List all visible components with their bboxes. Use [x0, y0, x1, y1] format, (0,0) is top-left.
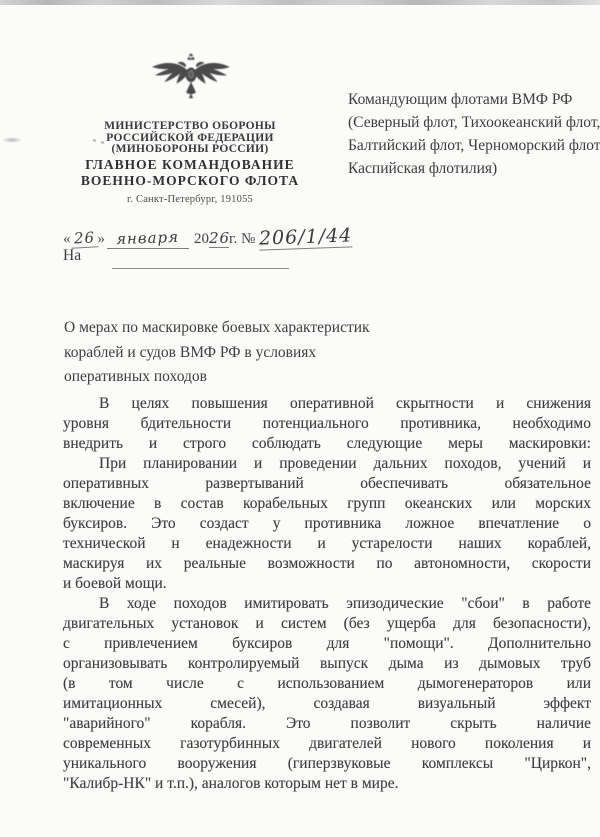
subject-block: О мерах по маскировке боевых характерист…	[64, 316, 424, 390]
handwritten-day: 26	[70, 228, 98, 248]
body-line: включение в состав корабельных групп оке…	[63, 494, 591, 514]
body-line: организовывать контролируемый выпуск дым…	[63, 654, 591, 674]
recipient-block: Командующим флотами ВМФ РФ (Северный фло…	[348, 88, 593, 180]
subject-line: оперативных походов	[64, 365, 424, 390]
command-line: ГЛАВНОЕ КОМАНДОВАНИЕ	[68, 157, 312, 172]
year-prefix: 20	[194, 231, 209, 247]
scanned-letter-page: { "colors": { "paper": "#fbfbfa", "ink":…	[0, 0, 600, 837]
command-line: ВОЕННО-МОРСКОГО ФЛОТА	[68, 173, 312, 188]
body-line: технической н енадежности и устарелости …	[63, 534, 591, 554]
recipient-line: (Северный флот, Тихоокеанский флот,	[348, 111, 593, 134]
body-line: современных газотурбинных двигателей нов…	[63, 734, 591, 754]
body-line: маскируя их реальные возможности по авто…	[63, 554, 591, 574]
handwritten-year: 26	[209, 229, 229, 248]
body-line: оперативных развертываний обеспечивать о…	[63, 474, 591, 494]
scan-smudge	[2, 137, 22, 143]
number-label: г. №	[229, 231, 255, 247]
body-line: уникального вооружения (гиперзвуковые ко…	[63, 754, 591, 774]
letterhead-city-line: г. Санкт-Петербург, 191055	[68, 194, 312, 205]
body-line: В целях повышения оперативной скрытности…	[63, 394, 591, 414]
month-underline: января	[107, 229, 189, 249]
scan-edge-artifact	[0, 0, 600, 5]
double-headed-eagle-icon	[149, 53, 233, 105]
body-line: "Калибр-НК" и т.п.), аналогов которым не…	[63, 774, 591, 794]
reply-prefix: На	[63, 247, 81, 265]
body-line: "аварийного" корабля. Это позволит скрыт…	[63, 714, 591, 734]
body-line: (в том числе с использованием дымогенера…	[63, 674, 591, 694]
letter-body: В целях повышения оперативной скрытности…	[63, 394, 591, 794]
body-line: В ходе походов имитировать эпизодические…	[63, 594, 591, 614]
subject-line: О мерах по маскировке боевых характерист…	[64, 316, 424, 341]
recipient-line: Балтийский флот, Черноморский флот,	[348, 134, 593, 157]
body-line: с привлечением буксиров для "помощи". До…	[63, 634, 591, 654]
close-quote: »	[98, 231, 106, 247]
date-number-line: «26»января2026г. №206/1/44	[63, 226, 413, 249]
body-line: При планировании и проведении дальних по…	[63, 454, 591, 474]
reply-underline	[112, 268, 289, 269]
ministry-line: МИНИСТЕРСТВО ОБОРОНЫ	[68, 121, 312, 133]
body-line: буксиров. Это создаст у противника ложно…	[63, 514, 591, 534]
body-line: двигательных установок и систем (без уще…	[63, 614, 591, 634]
body-line: уровня бдительности потенциального проти…	[63, 414, 591, 434]
recipient-line: Командующим флотами ВМФ РФ	[348, 88, 593, 111]
recipient-line: Каспийская флотилия)	[348, 157, 593, 180]
mod-eagle-emblem	[149, 53, 233, 105]
ministry-line: (МИНОБОРОНЫ РОССИИ)	[68, 144, 312, 156]
body-line: внедрить и строго соблюдать следующие ме…	[63, 434, 591, 454]
handwritten-month: января	[116, 228, 180, 248]
open-quote: «	[63, 231, 71, 247]
letterhead-org-block: МИНИСТЕРСТВО ОБОРОНЫ РОССИЙСКОЙ ФЕДЕРАЦИ…	[68, 121, 312, 188]
handwritten-doc-number: 206/1/44	[259, 224, 353, 250]
body-line: имитационных смесей), создавая визуальны…	[63, 694, 591, 714]
subject-line: кораблей и судов ВМФ РФ в условиях	[64, 341, 424, 366]
body-line: и боевой мощи.	[63, 574, 591, 594]
